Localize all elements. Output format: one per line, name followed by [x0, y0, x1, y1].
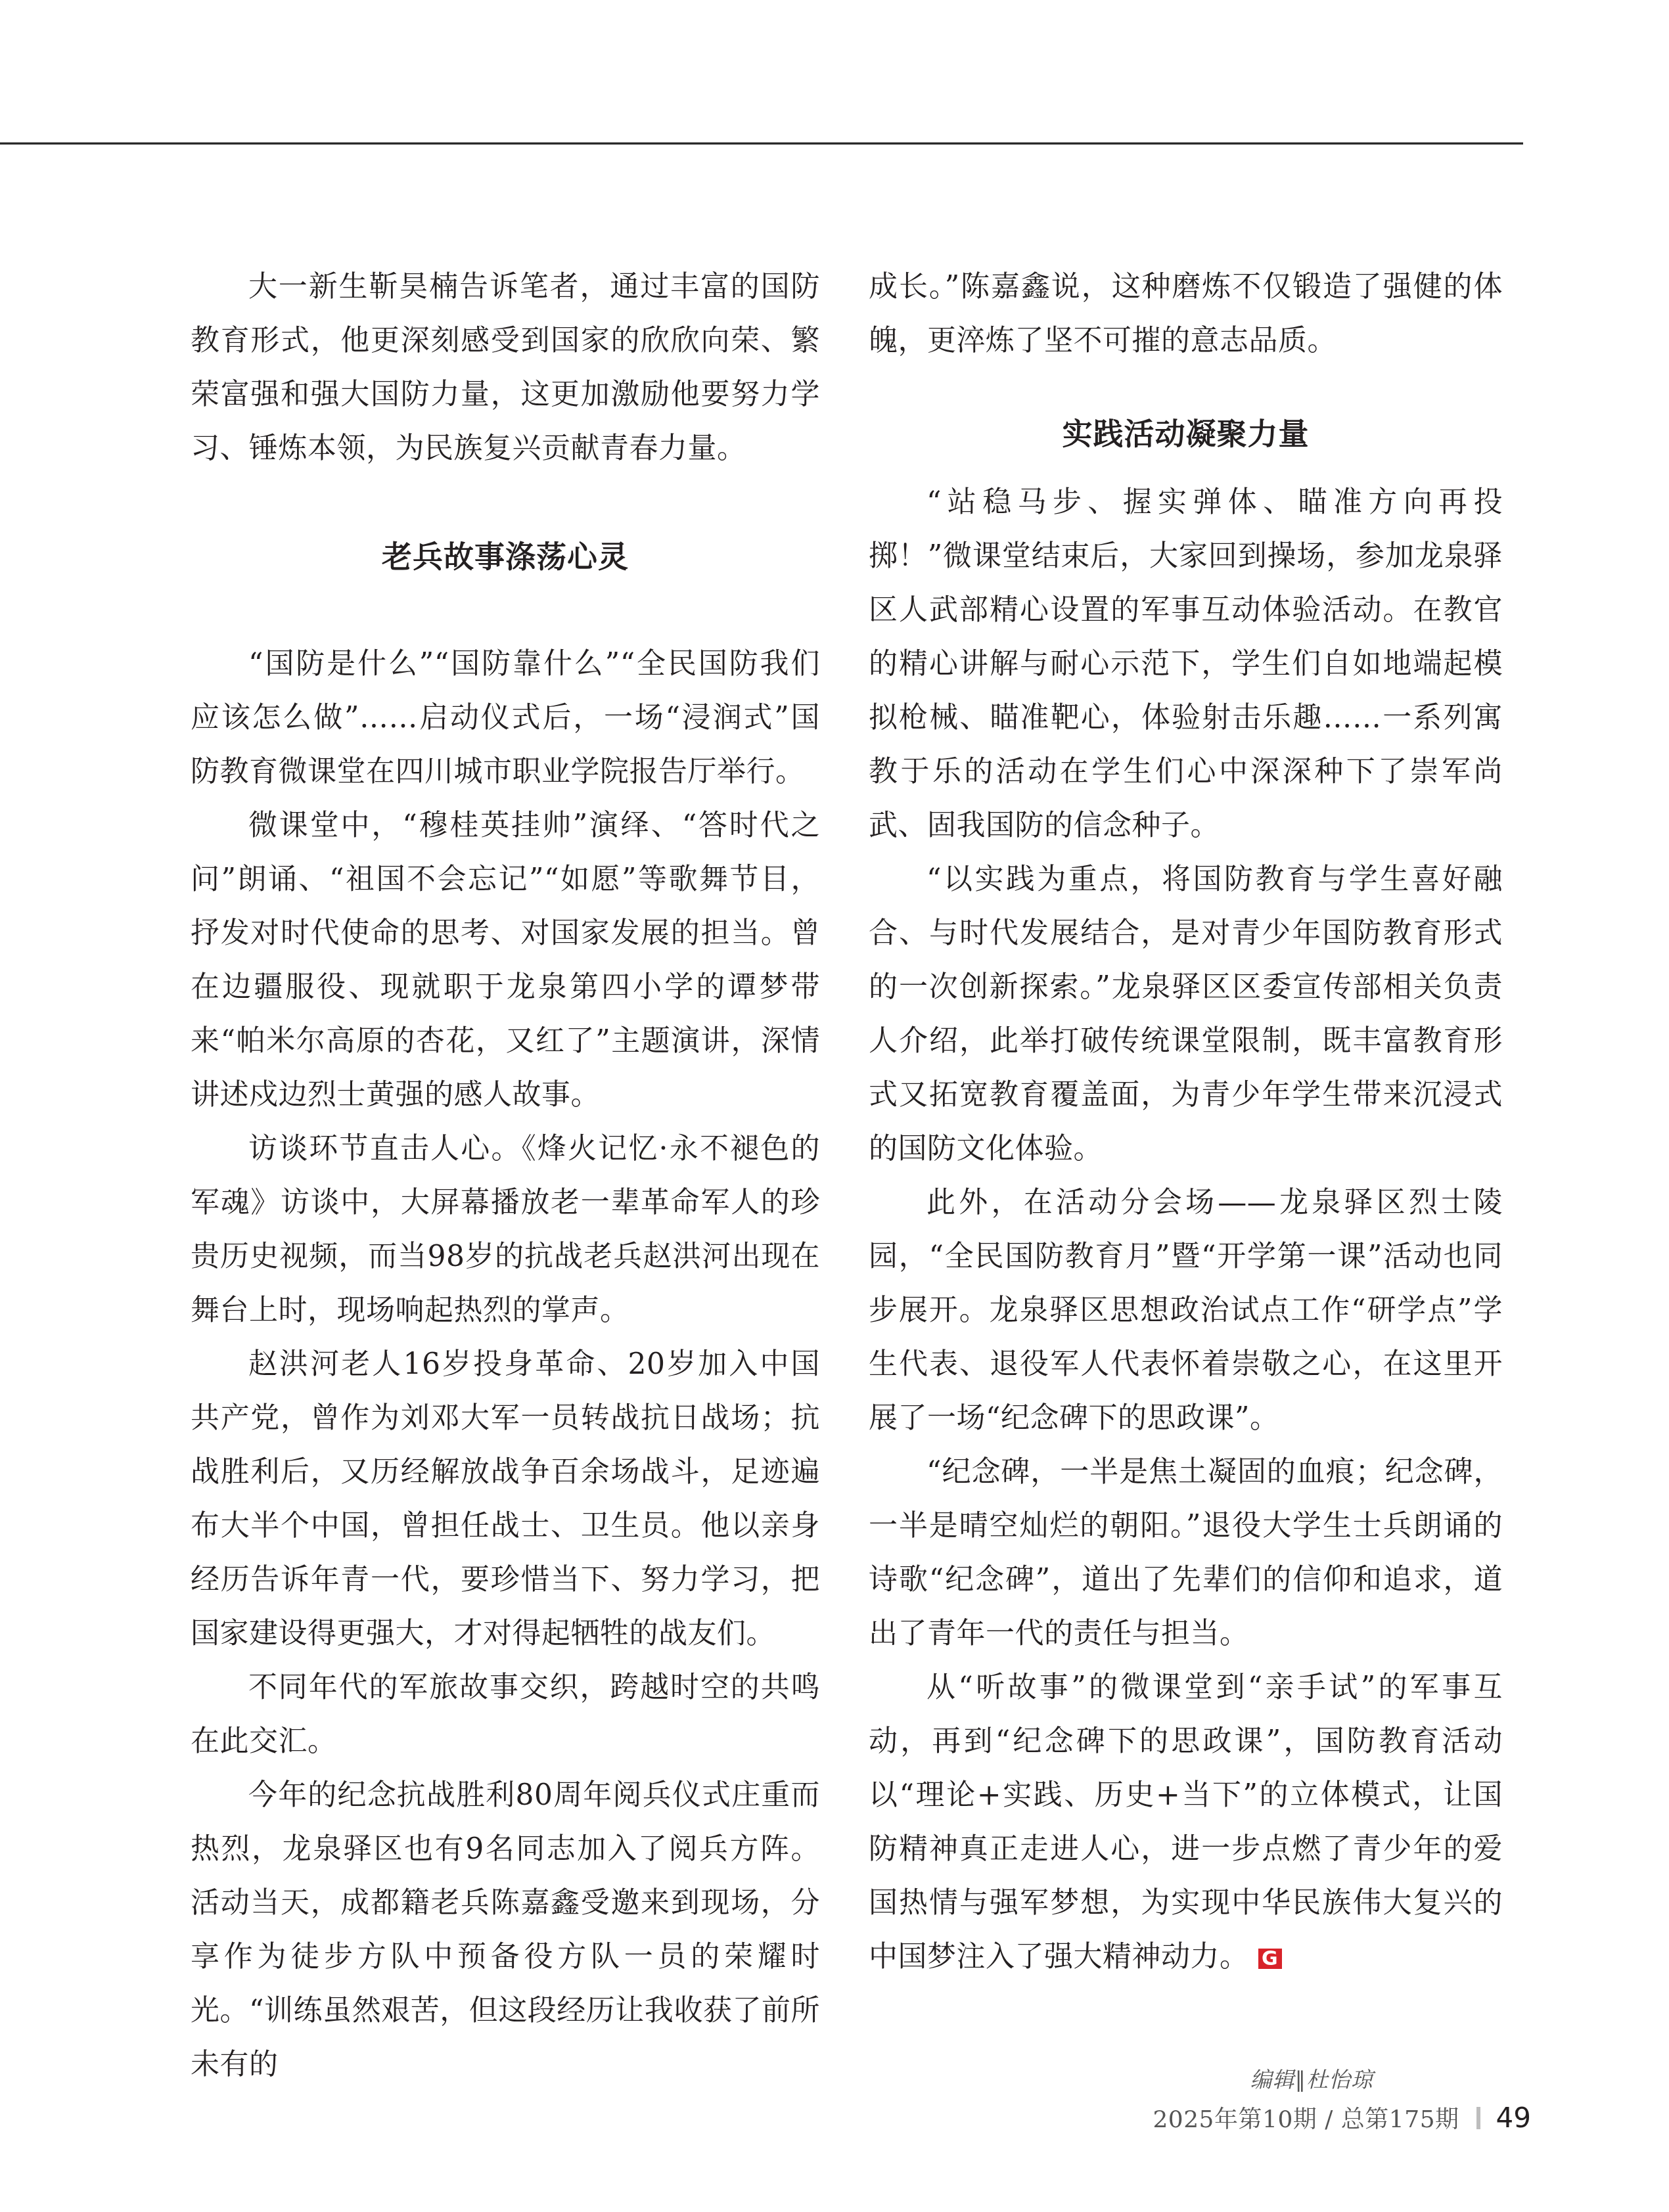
paragraph: “以实践为重点，将国防教育与学生喜好融合、与时代发展结合，是对青少年国防教育形式… — [869, 853, 1503, 1176]
paragraph: 赵洪河老人16岁投身革命、20岁加入中国共产党，曾作为刘邓大军一员转战抗日战场；… — [191, 1338, 820, 1661]
end-mark-logo-icon: G — [1258, 1949, 1282, 1969]
paragraph-continuation: 成长。”陈嘉鑫说，这种磨炼不仅锻造了强健的体魄，更淬炼了坚不可摧的意志品质。 — [869, 260, 1503, 368]
header-rule — [0, 142, 1523, 145]
paragraph: 此外，在活动分会场——龙泉驿区烈士陵园，“全民国防教育月”暨“开学第一课”活动也… — [869, 1176, 1503, 1445]
issue-info: 2025年第10期 / 总第175期 — [1153, 2101, 1459, 2134]
paragraph: “纪念碑，一半是焦土凝固的血痕；纪念碑，一半是晴空灿烂的朝阳。”退役大学生士兵朗… — [869, 1445, 1503, 1661]
paragraph: “站稳马步、握实弹体、瞄准方向再投掷！”微课堂结束后，大家回到操场，参加龙泉驿区… — [869, 476, 1503, 853]
footer-divider — [1476, 2107, 1480, 2129]
paragraph: 今年的纪念抗战胜利80周年阅兵仪式庄重而热烈，龙泉驿区也有9名同志加入了阅兵方阵… — [191, 1769, 820, 2092]
paragraph-final: 从“听故事”的微课堂到“亲手试”的军事互动，再到“纪念碑下的思政课”，国防教育活… — [869, 1661, 1503, 1984]
section-heading-practice-activities: 实践活动凝聚力量 — [869, 368, 1503, 476]
section-heading-veteran-stories: 老兵故事涤荡心灵 — [191, 476, 820, 637]
paragraph: 微课堂中，“穆桂英挂帅”演绎、“答时代之问”朗诵、“祖国不会忘记”“如愿”等歌舞… — [191, 799, 820, 1122]
page-footer: 2025年第10期 / 总第175期 49 — [1153, 2101, 1531, 2134]
paragraph: 大一新生靳昊楠告诉笔者，通过丰富的国防教育形式，他更深刻感受到国家的欣欣向荣、繁… — [191, 260, 820, 476]
paragraph: 不同年代的军旅故事交织，跨越时空的共鸣在此交汇。 — [191, 1661, 820, 1769]
right-column: 成长。”陈嘉鑫说，这种磨炼不仅锻造了强健的体魄，更淬炼了坚不可摧的意志品质。 实… — [869, 260, 1503, 1984]
paragraph-final-text: 从“听故事”的微课堂到“亲手试”的军事互动，再到“纪念碑下的思政课”，国防教育活… — [869, 1671, 1503, 1974]
left-column: 大一新生靳昊楠告诉笔者，通过丰富的国防教育形式，他更深刻感受到国家的欣欣向荣、繁… — [191, 260, 820, 2092]
editor-credit: 编辑∥杜怡琼 — [1250, 2063, 1374, 2094]
page-number: 49 — [1496, 2102, 1531, 2134]
paragraph: “国防是什么”“国防靠什么”“全民国防我们应该怎么做”……启动仪式后，一场“浸润… — [191, 637, 820, 799]
paragraph: 访谈环节直击人心。《烽火记忆·永不褪色的军魂》访谈中，大屏幕播放老一辈革命军人的… — [191, 1122, 820, 1338]
